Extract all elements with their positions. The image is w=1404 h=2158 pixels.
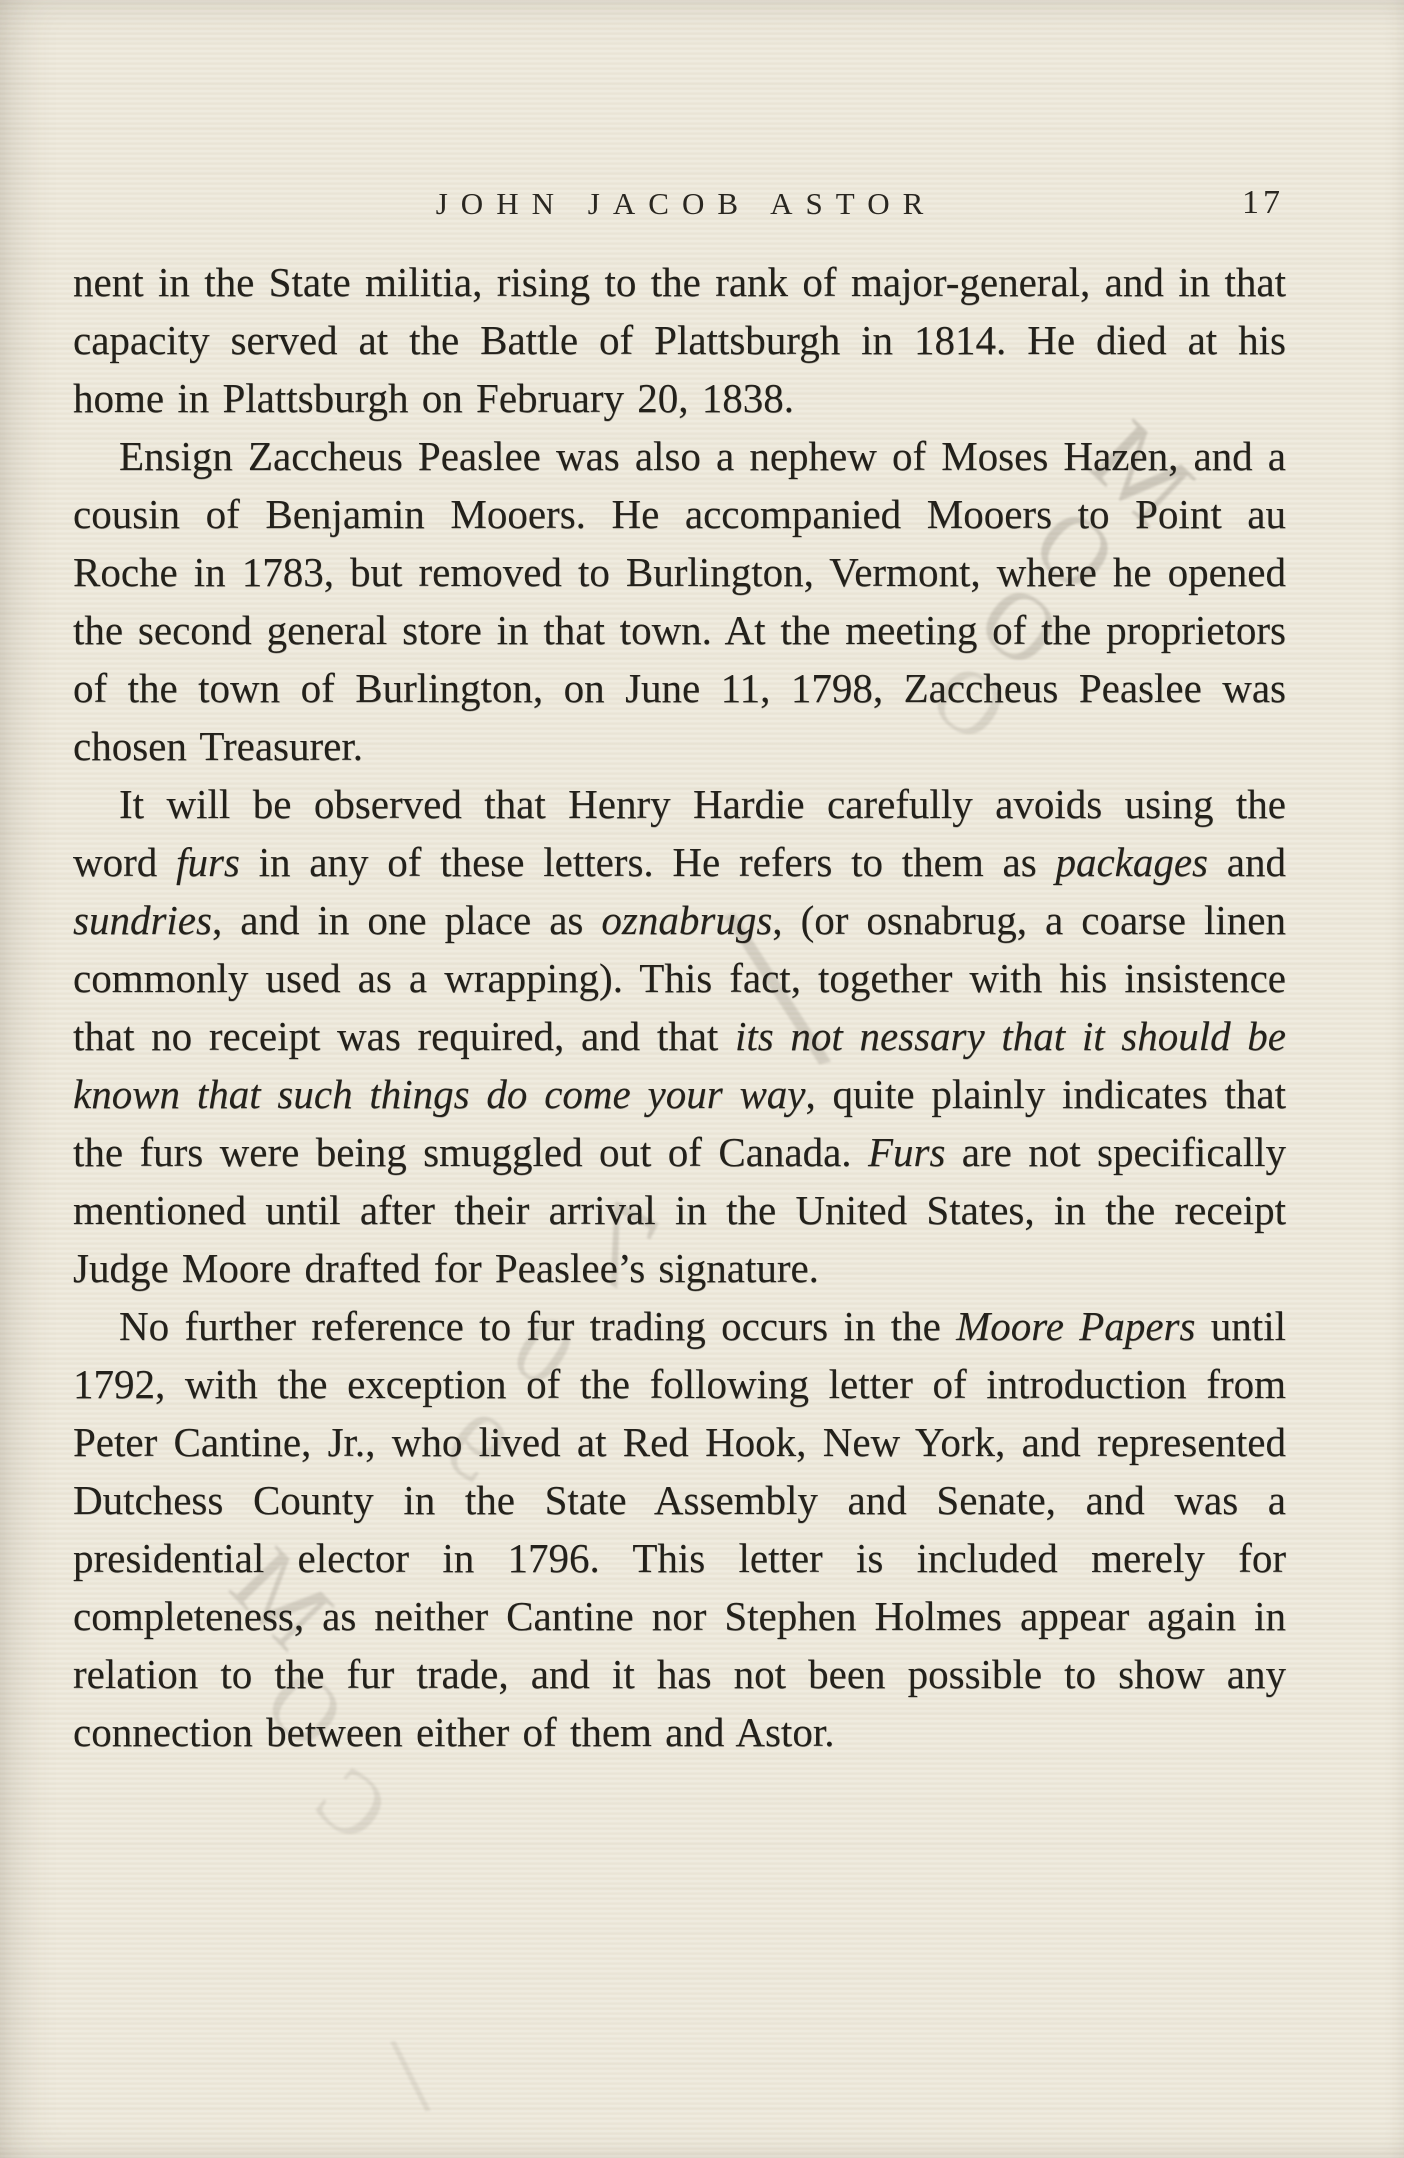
paragraph: nent in the State militia, rising to the… — [73, 253, 1286, 427]
text-segment: Ensign Zaccheus Peaslee was also a nephe… — [73, 433, 1286, 769]
paragraph: No further reference to fur trading occu… — [73, 1297, 1286, 1761]
text-segment: No further reference to fur trading occu… — [119, 1303, 956, 1349]
text-segment: and — [1208, 839, 1286, 885]
italic-text-segment: oznabrugs — [601, 897, 772, 943]
paragraph: It will be observed that Henry Hardie ca… — [73, 775, 1286, 1297]
bleed-through-mark: / — [387, 2018, 433, 2131]
text-segment: nent in the State militia, rising to the… — [73, 259, 1286, 421]
italic-text-segment: sundries — [73, 897, 212, 943]
italic-text-segment: furs — [176, 839, 240, 885]
italic-text-segment: Moore Papers — [956, 1303, 1195, 1349]
text-block: nent in the State militia, rising to the… — [73, 253, 1286, 1761]
running-head: JOHN JACOB ASTOR 17 — [73, 186, 1286, 230]
text-segment: until 1792, with the exception of the fo… — [73, 1303, 1286, 1755]
italic-text-segment: Furs — [868, 1129, 945, 1175]
running-head-title: JOHN JACOB ASTOR — [73, 186, 1286, 222]
paragraph: Ensign Zaccheus Peaslee was also a nephe… — [73, 427, 1286, 775]
page-number: 17 — [1242, 184, 1284, 222]
book-page: MOOO/709MOC/ JOHN JACOB ASTOR 17 nent in… — [0, 0, 1404, 2158]
text-segment: in any of these letters. He refers to th… — [240, 839, 1056, 885]
italic-text-segment: packages — [1055, 839, 1208, 885]
bleed-through-mark: C — [300, 1751, 404, 1859]
text-segment: , and in one place as — [212, 897, 601, 943]
